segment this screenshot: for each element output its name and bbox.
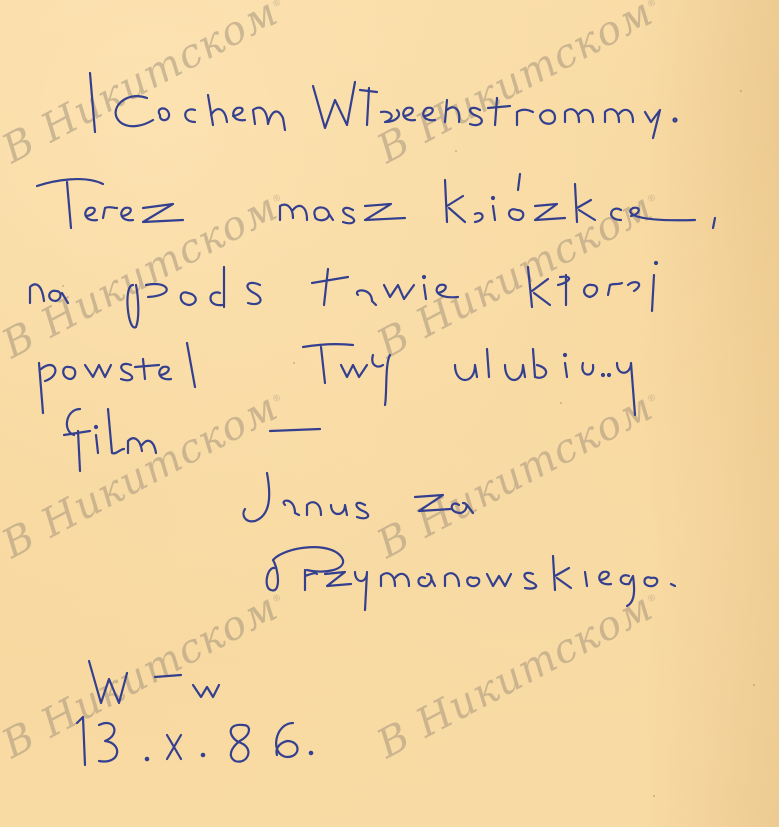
paper-speck bbox=[455, 150, 457, 152]
inscription-line-signature-first: Janusza bbox=[235, 465, 495, 535]
inscription-line-signature-last: Przymanowskiego. bbox=[255, 530, 735, 620]
paper-speck bbox=[653, 795, 655, 797]
inscription-line-2: Teraz masz książkę, bbox=[35, 170, 725, 230]
inscription-page: В Никитском® В Никитском® В Никитском® В… bbox=[0, 0, 779, 827]
inscription-line-greeting: Kochany Wszechstronny. bbox=[85, 70, 750, 140]
inscription-line-3: na podstawie której bbox=[28, 255, 668, 335]
inscription-place: W-w bbox=[85, 655, 225, 715]
inscription-date: 13.X.86. bbox=[75, 715, 335, 775]
paper-speck bbox=[753, 684, 755, 686]
